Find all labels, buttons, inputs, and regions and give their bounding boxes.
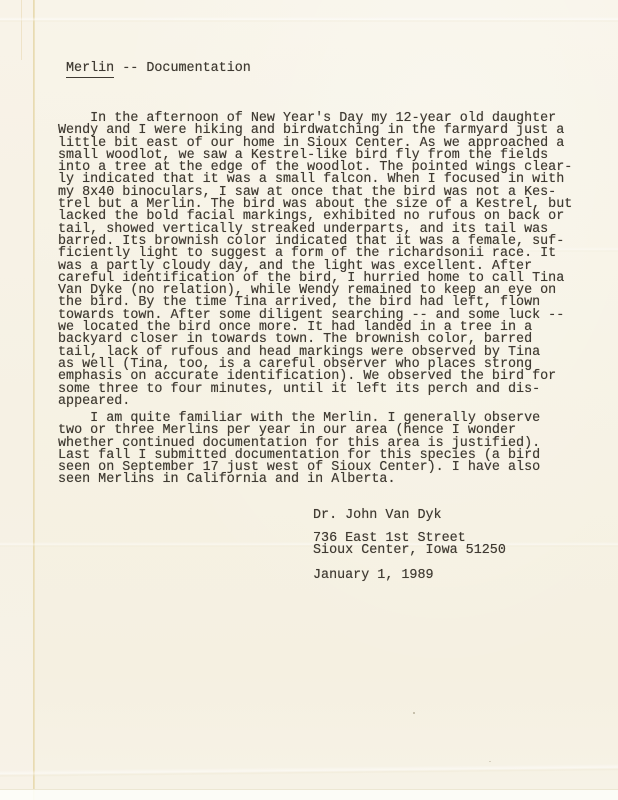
signature-address: 736 East 1st Street Sioux Center, Iowa 5… [313,533,506,558]
signature-name: Dr. John Van Dyk [313,510,442,522]
title-suffix: -- Documentation [114,61,251,76]
body-paragraph-2: I am quite familiar with the Merlin. I g… [58,413,540,487]
scanned-letter-viewport: Merlin -- Documentation In the afternoon… [0,0,618,800]
page-under-edge-line [21,0,22,60]
body-paragraph-1: In the afternoon of New Year's Day my 12… [58,113,572,408]
title-species-underlined: Merlin [66,61,114,78]
document-title: Merlin -- Documentation [66,63,251,75]
scanner-bottom-strip [0,789,618,800]
scanner-left-strip [0,0,33,800]
signature-date: January 1, 1989 [313,570,434,582]
